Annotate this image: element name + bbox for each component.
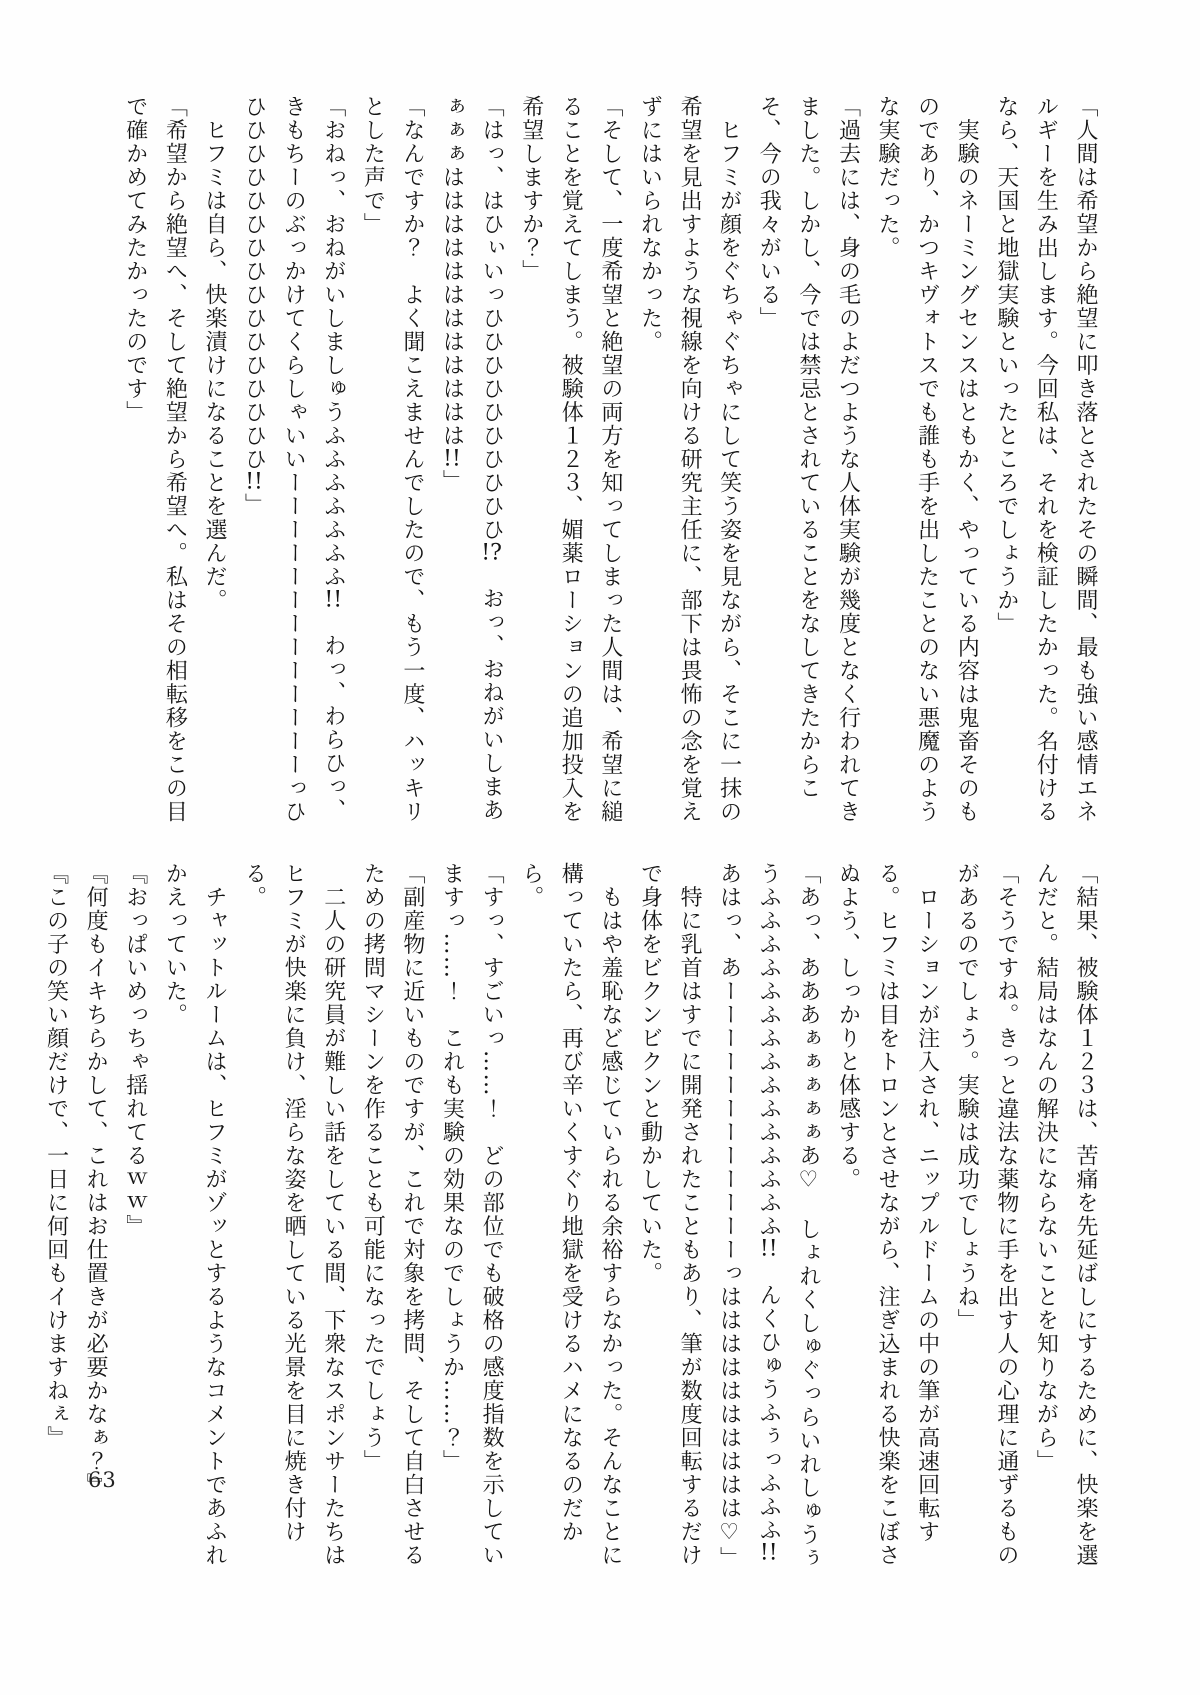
paragraph: 「結果、被験体１２３は、苦痛を先延ばしにするために、快楽を選んだと。結局はなんの…: [1026, 862, 1105, 1584]
paragraph: ローションが注入され、ニップルドームの中の筆が高速回転する。ヒフミは目をトロンと…: [828, 862, 947, 1584]
paragraph: 「あっ、あああぁぁぁぁぁあ♡ しょれくしゅぐっらいれしゅうぅうふふふふふふふふふ…: [709, 862, 828, 1584]
paragraph: 「人間は希望から絶望に叩き落とされたその瞬間、最も強い感情エネルギーを生み出しま…: [986, 95, 1105, 833]
paragraph: ヒフミは自ら、快楽漬けになることを選んだ。: [194, 95, 234, 833]
tate-chu-yoko: !!: [440, 448, 465, 470]
paragraph: もはや羞恥など感じていられる余裕すらなかった。そんなことに構っていたら、再び辛い…: [511, 862, 630, 1584]
paragraph: 「すっ、すごいっ……！ どの部位でも破格の感度指数を示していますっ……！ これも…: [432, 862, 511, 1584]
paragraph: 『おっぱいめっちゃ揺れてるｗｗ』: [115, 862, 155, 1584]
novel-page: 「人間は希望から絶望に叩き落とされたその瞬間、最も強い感情エネルギーを生み出しま…: [0, 0, 1200, 1695]
paragraph: 「はっ、はひぃいっひひひひひひひひひひ!? おっ、おねがいしまあぁぁぁははははは…: [432, 95, 511, 833]
paragraph: 「そして、一度希望と絶望の両方を知ってしまった人間は、希望に縋ることを覚えてしま…: [511, 95, 630, 833]
paragraph: 実験のネーミングセンスはともかく、やっている内容は鬼畜そのものであり、かつキヴォ…: [867, 95, 986, 833]
top-text-block: 「人間は希望から絶望に叩き落とされたその瞬間、最も強い感情エネルギーを生み出しま…: [115, 95, 1105, 833]
paragraph: 「おねっ、おねがいしましゅうふふふふふふふ!! わっ、わらひっ、きもちーのぶっか…: [234, 95, 353, 833]
paragraph: 特に乳首はすでに開発されたこともあり、筆が数度回転するだけで身体をビクンビクンと…: [630, 862, 709, 1584]
paragraph: 「希望から絶望へ、そして絶望から希望へ。私はその相転移をこの目で確かめてみたかっ…: [115, 95, 194, 833]
bottom-text-block: 「結果、被験体１２３は、苦痛を先延ばしにするために、快楽を選んだと。結局はなんの…: [36, 862, 1105, 1584]
tate-chu-yoko: !!: [756, 1542, 781, 1564]
tate-chu-yoko: !!: [321, 589, 346, 611]
tate-chu-yoko: !!: [242, 471, 267, 493]
paragraph: 「副産物に近いものですが、これで対象を拷問、そして自白させるための拷問マシーンを…: [353, 862, 432, 1584]
tate-chu-yoko: !?: [479, 542, 504, 564]
paragraph: 「過去には、身の毛のよだつような人体実験が幾度となく行われてきました。しかし、今…: [749, 95, 868, 833]
tate-chu-yoko: !!: [756, 1238, 781, 1260]
paragraph: 二人の研究員が難しい話をしている間、下衆なスポンサーたちはヒフミが快楽に負け、淫…: [234, 862, 353, 1584]
paragraph: 『この子の笑い顔だけで、一日に何回もイけますねぇ』: [36, 862, 76, 1584]
paragraph: ヒフミが顔をぐちゃぐちゃにして笑う姿を見ながら、そこに一抹の希望を見出すような視…: [630, 95, 749, 833]
page-number: 63: [88, 1468, 117, 1492]
paragraph: 「なんですか？ よく聞こえませんでしたので、もう一度、ハッキリとした声で」: [353, 95, 432, 833]
paragraph: 「そうですね。きっと違法な薬物に手を出す人の心理に通ずるものがあるのでしょう。実…: [947, 862, 1026, 1584]
paragraph: チャットルームは、ヒフミがゾッとするようなコメントであふれかえっていた。: [155, 862, 234, 1584]
